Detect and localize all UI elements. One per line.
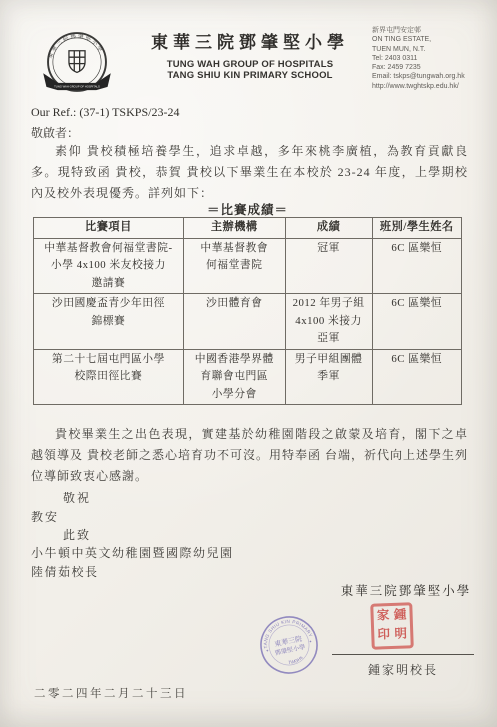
reference-number: Our Ref.: (37-1) TSKPS/23-24 xyxy=(31,105,179,120)
school-name-zh: 東華三院鄧肇堅小學 xyxy=(130,28,370,53)
svg-text:TWGHs: TWGHs xyxy=(287,654,305,666)
closing-phrase: 此致 xyxy=(63,526,91,543)
col-header-event: 比賽項目 xyxy=(34,218,184,239)
table-row: 第二十七屆屯門區小學 校際田徑比賽 中國香港學界體 育聯會屯門區 小學分會 男子… xyxy=(34,349,462,405)
col-header-organizer: 主辦機構 xyxy=(183,218,285,239)
stamp-star-right: ✦ xyxy=(308,639,313,645)
seal-char: 鍾 xyxy=(391,606,409,626)
cell-organizer: 中國香港學界體 育聯會屯門區 小學分會 xyxy=(183,349,285,405)
address-line: Email: tskps@tungwah.org.hk xyxy=(372,72,492,81)
principal-red-seal: 鍾 家 明 印 xyxy=(370,602,414,649)
col-header-student: 班別/學生姓名 xyxy=(372,218,461,239)
crest-lattice-shield xyxy=(69,51,85,73)
signature-principal-name: 鍾家明校長 xyxy=(332,661,474,678)
results-table: 比賽項目 主辦機構 成績 班別/學生姓名 中華基督教會何福堂書院- 小學 4x1… xyxy=(33,217,462,405)
seal-char: 明 xyxy=(392,625,410,645)
table-row: 中華基督教會何福堂書院- 小學 4x100 米友校接力 邀請賽 中華基督教會 何… xyxy=(34,238,462,294)
cell-student: 6C 區樂恒 xyxy=(372,294,461,350)
address-line: TUEN MUN, N.T. xyxy=(372,45,492,54)
blessing-line-2: 教安 xyxy=(31,508,59,525)
cell-event: 沙田國慶盃青少年田徑 錦標賽 xyxy=(34,294,184,350)
blessing-line-1: 敬祝 xyxy=(63,489,91,506)
cell-event: 第二十七屆屯門區小學 校際田徑比賽 xyxy=(34,349,184,405)
school-name-en-line2: TANG SHIU KIN PRIMARY SCHOOL xyxy=(130,70,370,81)
cell-result: 冠軍 xyxy=(285,238,372,294)
school-title-block: 東華三院鄧肇堅小學 TUNG WAH GROUP OF HOSPITALS TA… xyxy=(130,28,370,81)
address-line: ON TING ESTATE, xyxy=(372,35,492,44)
school-name-en-line1: TUNG WAH GROUP OF HOSPITALS xyxy=(130,59,370,70)
address-line: Tel: 2403 0311 xyxy=(372,54,492,63)
school-crest-icon: 東華三院鄧肇堅小學 TUNG WAH GROUP OF HOSPITALS xyxy=(36,25,118,99)
signature-line xyxy=(332,654,474,655)
table-header-row: 比賽項目 主辦機構 成績 班別/學生姓名 xyxy=(34,218,462,239)
cell-organizer: 中華基督教會 何福堂書院 xyxy=(183,238,285,294)
recipient-school: 小牛頓中英文幼稚園暨國際幼兒園 xyxy=(31,544,234,561)
cell-result: 2012 年男子組 4x100 米接力 亞軍 xyxy=(285,294,372,350)
address-line: Fax: 2459 7235 xyxy=(372,63,492,72)
recipient-principal: 陸倩茹校長 xyxy=(31,563,99,580)
cell-result: 男子甲組團體 季軍 xyxy=(285,349,372,405)
address-line: http://www.twghtskp.edu.hk/ xyxy=(372,82,492,91)
col-header-result: 成績 xyxy=(285,218,372,239)
closing-paragraph: 貴校畢業生之出色表現，實建基於幼稚園階段之啟蒙及培育，閣下之卓越領導及 貴校老師… xyxy=(31,424,468,487)
cell-event: 中華基督教會何福堂書院- 小學 4x100 米友校接力 邀請賽 xyxy=(34,238,184,294)
school-round-stamp: TANG SHIU KIN PRIMARY SCHOOL TWGHs 東華三院 … xyxy=(252,608,326,682)
seal-char: 家 xyxy=(374,607,392,627)
table-row: 沙田國慶盃青少年田徑 錦標賽 沙田體育會 2012 年男子組 4x100 米接力… xyxy=(34,294,462,350)
signature-school-name: 東華三院鄧肇堅小學 xyxy=(330,581,482,599)
letter-date: 二零二四年二月二十三日 xyxy=(34,685,188,701)
cell-student: 6C 區樂恒 xyxy=(372,349,461,405)
cell-organizer: 沙田體育會 xyxy=(183,294,285,350)
address-line: 新界屯門安定邨 xyxy=(372,26,492,35)
seal-char: 印 xyxy=(375,626,393,646)
salutation: 敬啟者： xyxy=(31,124,79,141)
svg-text:TUNG WAH GROUP OF HOSPITALS: TUNG WAH GROUP OF HOSPITALS xyxy=(54,85,100,89)
svg-text:東華三院鄧肇堅小學: 東華三院鄧肇堅小學 xyxy=(46,32,106,60)
opening-paragraph: 素仰 貴校積極培養學生，追求卓越，多年來桃李廣植，為教育貢獻良多。現特致函 貴校… xyxy=(31,141,468,204)
school-address-block: 新界屯門安定邨 ON TING ESTATE, TUEN MUN, N.T. T… xyxy=(372,26,492,91)
letter-page: 東華三院鄧肇堅小學 TUNG WAH GROUP OF HOSPITALS 東華… xyxy=(0,0,497,727)
results-table-title: ＝比賽成績＝ xyxy=(33,200,462,218)
cell-student: 6C 區樂恒 xyxy=(372,238,461,294)
